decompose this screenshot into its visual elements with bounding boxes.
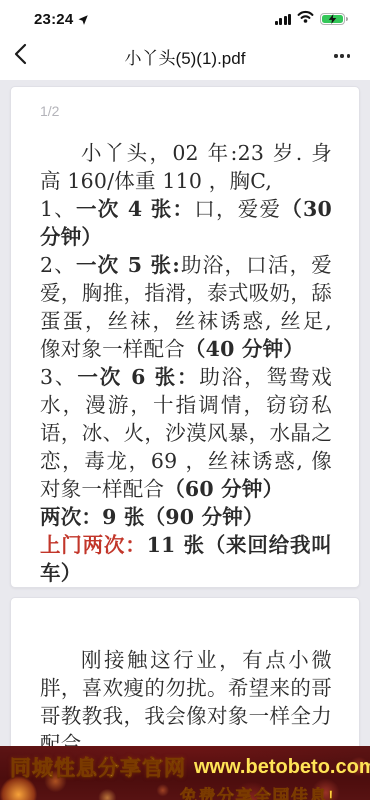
intro-paragraph: 小丫头，02 年:23 岁. 身高 160/体重 110 ，胸C, [40,139,332,195]
visit-label: 上门两次： [40,533,147,557]
nav-bar: 小丫头(5)(1).pdf [0,32,370,80]
item-duration: （40 分钟） [185,337,304,361]
signal-strength-icon [275,14,292,25]
price-overnight: 包夜:16 张:晚 11 点到 7 点(限 3 次) [40,587,332,588]
pdf-scroll-area[interactable]: 1/2 小丫头，02 年:23 岁. 身高 160/体重 110 ，胸C, 1、… [0,80,370,800]
price-item-3: 3、一次 6 张：助浴，鸳鸯戏水，漫游，十指调情，窃窃私语，冰、火，沙漠风暴，水… [40,363,332,503]
page-indicator: 1/2 [40,103,332,119]
more-options-button[interactable] [328,44,356,67]
location-arrow-icon [77,14,89,26]
price-twice: 两次：9 张（90 分钟） [40,503,332,531]
battery-charging-icon [320,13,348,26]
price-item-2: 2、一次 5 张:助浴，口活，爱爱，胸推，指滑，泰式吸奶，舔蛋蛋，丝袜，丝袜诱惑… [40,251,332,363]
item-duration: （60 分钟） [164,477,283,501]
pdf-page-1: 1/2 小丫头，02 年:23 岁. 身高 160/体重 110 ，胸C, 1、… [10,86,360,588]
chevron-left-icon [14,43,27,70]
item-number: 3、 [40,365,77,389]
ad-tagline: 免费分享全国佳息! [180,787,335,800]
ad-site-name: 同城性息分享官网 [10,752,186,782]
item-number: 1、 [40,197,76,221]
wifi-icon [297,10,314,28]
item-label: 一次 5 张: [76,253,180,277]
item-label: 一次 4 张： [76,197,194,221]
item-number: 2、 [40,253,76,277]
ellipsis-icon [334,54,337,57]
price-visit: 上门两次：11 张（来回给我叫车） [40,531,332,587]
document-title: 小丫头(5)(1).pdf [60,44,310,69]
description-paragraph: 刚接触这行业，有点小微胖，喜欢瘦的勿扰。希望来的哥哥教教我，我会像对象一样全力配… [40,646,332,758]
back-button[interactable] [14,39,44,73]
item-label: 一次 6 张： [77,365,199,389]
ad-banner[interactable]: 同城性息分享官网 www.betobeto.com 免费分享全国佳息! [0,746,370,800]
clock: 23:24 [34,11,73,28]
price-item-1: 1、一次 4 张：口，爱爱（30 分钟） [40,195,332,251]
status-bar: 23:24 [0,0,370,32]
ad-url: www.betobeto.com [194,756,370,779]
item-desc: 口，爱爱 [194,197,281,221]
